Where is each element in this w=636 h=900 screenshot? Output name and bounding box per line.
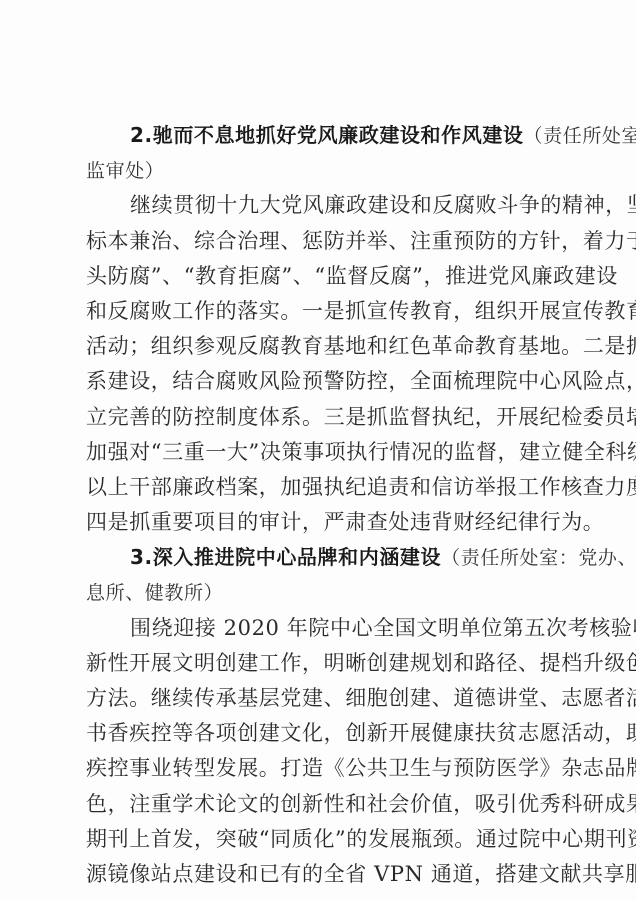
- paragraph-line: 四是抓重要项目的审计，严肃查处违背财经纪律行为。: [86, 505, 558, 540]
- responsibility-note: （责任所处室：党办、信: [441, 547, 636, 569]
- paragraph-line: 继续贯彻十九大党风廉政建设和反腐败斗争的精神，坚持: [86, 188, 558, 223]
- section-title: 驰而不息地抓好党风廉政建设和作风建设: [153, 123, 524, 147]
- paragraph-line: 新性开展文明创建工作，明晰创建规划和路径、提档升级创建: [86, 646, 558, 681]
- paragraph-line: 书香疾控等各项创建文化，创新开展健康扶贫志愿活动，助力: [86, 716, 558, 751]
- responsibility-note-continued: 息所、健教所）: [86, 575, 558, 610]
- paragraph-line: 源镜像站点建设和已有的全省 VPN 通道，搭建文献共享服务平: [86, 857, 558, 892]
- paragraph-line: 疾控事业转型发展。打造《公共卫生与预防医学》杂志品牌特: [86, 751, 558, 786]
- section-title: 深入推进院中心品牌和内涵建设: [153, 545, 441, 569]
- paragraph-line: 活动；组织参观反腐教育基地和红色革命教育基地。二是抓体: [86, 329, 558, 364]
- paragraph-line: 围绕迎接 2020 年院中心全国文明单位第五次考核验收，创: [86, 611, 558, 646]
- scanned-document-page: 2.驰而不息地抓好党风廉政建设和作风建设（责任所处室： 监审处） 继续贯彻十九大…: [0, 0, 636, 900]
- paragraph-line: 立完善的防控制度体系。三是抓监督执纪，开展纪检委员培训，: [86, 400, 558, 435]
- paragraph-line: 和反腐败工作的落实。一是抓宣传教育，组织开展宣传教育月: [86, 294, 558, 329]
- paragraph: 围绕迎接 2020 年院中心全国文明单位第五次考核验收，创 新性开展文明创建工作…: [86, 611, 558, 893]
- paragraph-line: 头防腐”、“教育拒腐”、“监督反腐”，推进党风廉政建设: [86, 259, 558, 294]
- paragraph-line: 标本兼治、综合治理、惩防并举、注重预防的方针，着力于“源: [86, 224, 558, 259]
- section-heading: 2.驰而不息地抓好党风廉政建设和作风建设（责任所处室：: [86, 118, 558, 153]
- paragraph: 继续贯彻十九大党风廉政建设和反腐败斗争的精神，坚持 标本兼治、综合治理、惩防并举…: [86, 188, 558, 540]
- paragraph-line: 以上干部廉政档案，加强执纪追责和信访举报工作核查力度。: [86, 470, 558, 505]
- paragraph-line: 加强对“三重一大”决策事项执行情况的监督，建立健全科级: [86, 435, 558, 470]
- paragraph-line: 方法。继续传承基层党建、细胞创建、道德讲堂、志愿者活动、: [86, 681, 558, 716]
- responsibility-note: （责任所处室：: [524, 125, 636, 147]
- section-heading: 3.深入推进院中心品牌和内涵建设（责任所处室：党办、信: [86, 540, 558, 575]
- paragraph-line: 系建设，结合腐败风险预警防控，全面梳理院中心风险点，建: [86, 364, 558, 399]
- paragraph-line: 色，注重学术论文的创新性和社会价值，吸引优秀科研成果在: [86, 787, 558, 822]
- responsibility-note-continued: 监审处）: [86, 153, 558, 188]
- document-body: 2.驰而不息地抓好党风廉政建设和作风建设（责任所处室： 监审处） 继续贯彻十九大…: [86, 118, 558, 892]
- section-number: 2.: [130, 123, 153, 147]
- section-number: 3.: [130, 545, 153, 569]
- paragraph-line: 期刊上首发，突破“同质化”的发展瓶颈。通过院中心期刊资: [86, 822, 558, 857]
